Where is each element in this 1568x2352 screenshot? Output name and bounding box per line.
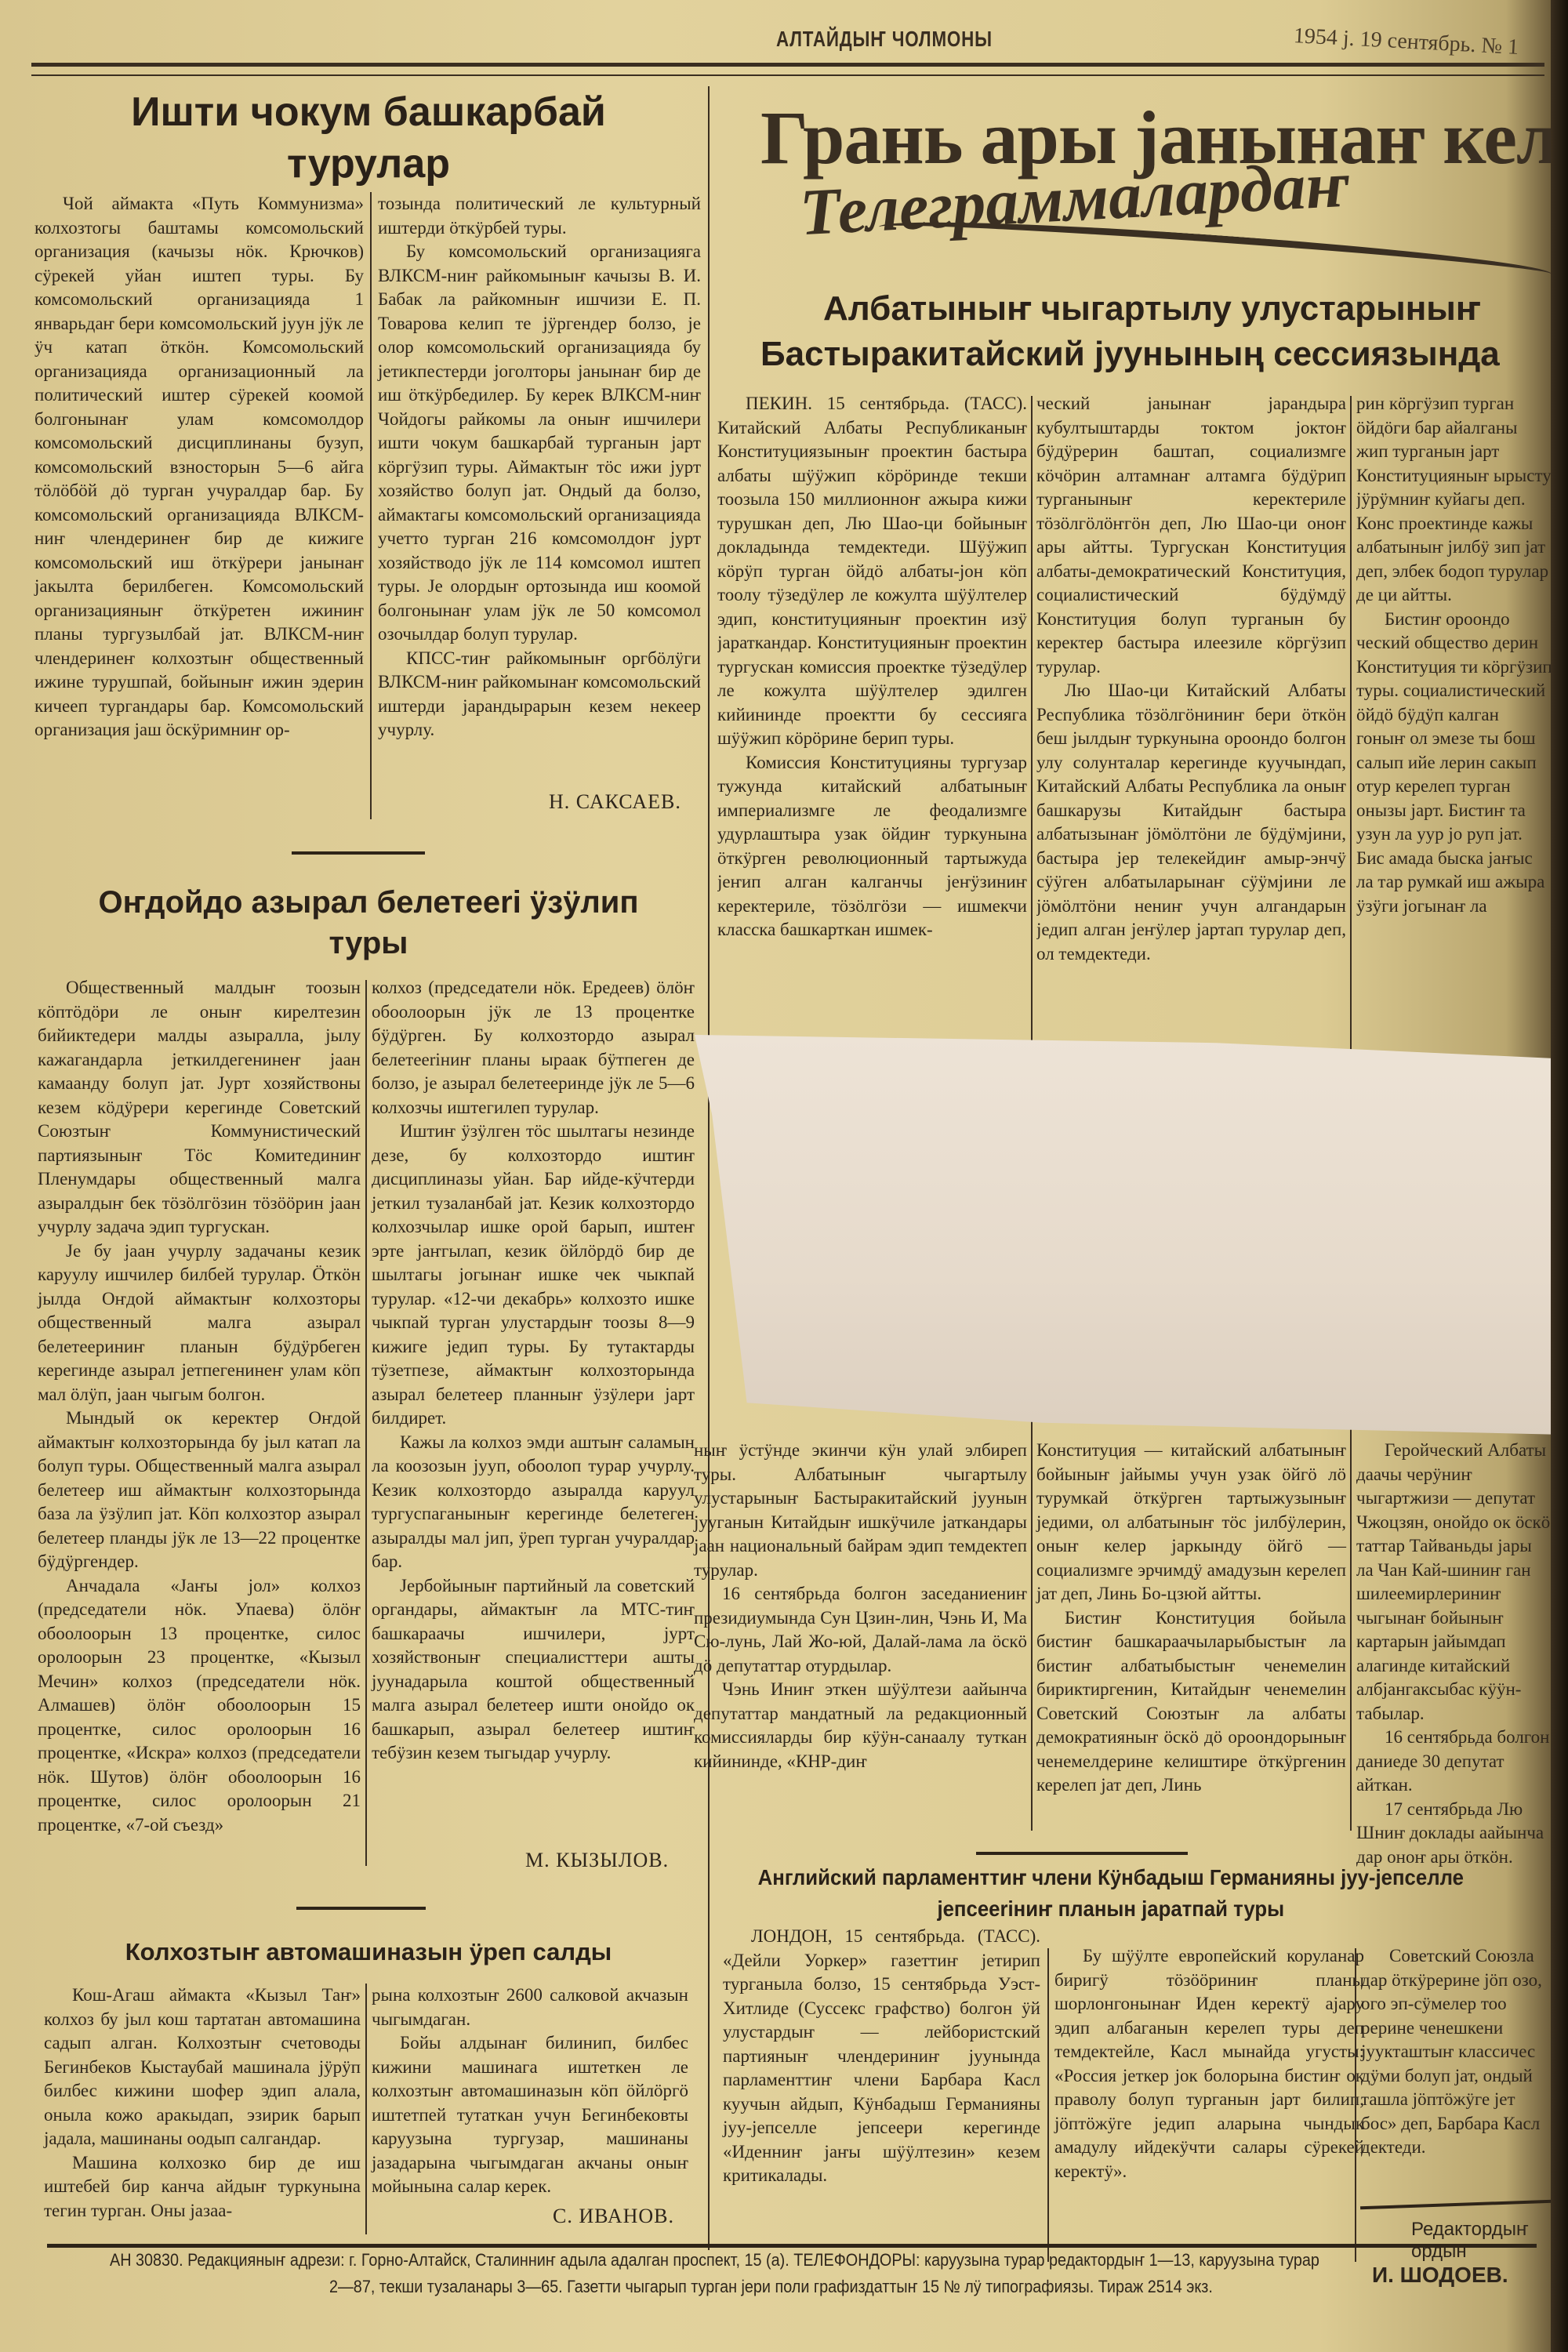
paragraph: Геройческий Албаты даачы черӱниҥ чыгартж… (1356, 1439, 1552, 1726)
masthead: АЛТАЙДЫҤ ЧОЛМОНЫ 1954 j. 19 сентябрь. № … (31, 16, 1544, 63)
article4-lower-column-2: Конституция — китайский албатыныҥ бойыны… (1036, 1439, 1346, 1798)
article5-divider-2 (1355, 1948, 1356, 2262)
paragraph: 16 сентябрьда болгон даниеде 30 депутат … (1356, 1726, 1552, 1798)
paragraph: Конституция — китайский албатыныҥ бойыны… (1036, 1439, 1346, 1606)
article1-column-1: Чой аймакта «Путь Коммунизма» колхозтогы… (34, 192, 364, 742)
newspaper-page: АЛТАЙДЫҤ ЧОЛМОНЫ 1954 j. 19 сентябрь. № … (0, 0, 1552, 2352)
article4-column-3: рин кӧргӱзип турган ӧйдӧги бар айалганы … (1356, 392, 1552, 1035)
article5-column-3: Советский Союзла дар ӧткӱрерине јӧп озо,… (1361, 1944, 1549, 2160)
separator-rule (296, 1907, 426, 1910)
paragraph: Бойы алдынаҥ билинип, билбес кижини маши… (372, 2031, 688, 2199)
article4-lower-column-3: Геройческий Албаты даачы черӱниҥ чыгартж… (1356, 1439, 1552, 1869)
paragraph: Кош-Агаш аймакта «Кызыл Таҥ» колхоз бу ј… (44, 1984, 361, 2151)
paragraph: ныҥ ӱстӱнде экинчи кӱн улай элбиреп туры… (694, 1439, 1027, 1582)
paragraph: ЛОНДОН, 15 сентябрьда. (ТАСС). «Дейли Уо… (723, 1925, 1040, 2188)
footer-rule (47, 2244, 1537, 2248)
article5-headline: Английский парламенттиҥ члени Кӱнбадыш Г… (721, 1862, 1501, 1925)
article4-lower-column-1: ныҥ ӱстӱнде экинчи кӱн улай элбиреп туры… (694, 1439, 1027, 1773)
article2-column-2: колхоз (председатели нӧк. Ередеев) ӧлӧҥ … (372, 976, 695, 1766)
article2-signature: М. КЫЗЫЛОВ. (525, 1849, 669, 1872)
article2-headline: Оҥдойдо азырал белетееri ӱзӱлип туры (31, 882, 706, 964)
article3-divider (365, 1984, 367, 2234)
covering-paper-patch (695, 1035, 1552, 1435)
paragraph: Јербойыныҥ партийный ла советский органд… (372, 1574, 695, 1766)
article4-headline: Албатыныҥ чыгартылу улустарыныҥ Бастырак… (721, 286, 1552, 377)
article4-column-2: ческий јанынаҥ јарандыра кубултыштарды т… (1036, 392, 1346, 1035)
paragraph: Машина колхозко бир де иш иштебей бир ка… (44, 2151, 361, 2223)
paragraph: Анчадала «Јаҥы јол» колхоз (председатели… (38, 1574, 361, 1838)
paragraph: ПЕКИН. 15 сентябрьда. (ТАСС). Китайский … (717, 392, 1027, 751)
article3-signature: С. ИВАНОВ. (553, 2205, 674, 2228)
paragraph: Бу комсомольский организацияга ВЛКСМ-ниҥ… (378, 240, 701, 647)
article3-column-2: рына колхозтыҥ 2600 салковой акчазын чыг… (372, 1984, 688, 2199)
article3-headline: Колхозтыҥ автомашиназын ӱреп салды (31, 1936, 706, 1968)
paragraph: Бу шӱӱлте европейский коруланар биригӱ т… (1054, 1944, 1364, 2183)
paragraph: Чой аймакта «Путь Коммунизма» колхозтогы… (34, 192, 364, 742)
article2-column-1: Общественный малдыҥ тоозын кӧптӧдӧри ле … (38, 976, 361, 1837)
paragraph: Мындый ок керектер Оҥдой аймактыҥ колхоз… (38, 1406, 361, 1574)
paragraph: КПСС-тиҥ райкомыныҥ оргбӧлӱги ВЛКСМ-ниҥ … (378, 647, 701, 742)
article3-column-1: Кош-Агаш аймакта «Кызыл Таҥ» колхоз бу ј… (44, 1984, 361, 2223)
paragraph: Общественный малдыҥ тоозын кӧптӧдӧри ле … (38, 976, 361, 1240)
newspaper-title: АЛТАЙДЫҤ ЧОЛМОНЫ (776, 27, 993, 52)
paragraph: Бистиҥ ороондо ческий общество дерин Кон… (1356, 608, 1552, 919)
paragraph: 17 сентябрьда Лю Шниҥ доклады аайынча да… (1356, 1798, 1552, 1870)
paragraph: Кажы ла колхоз эмди аштыҥ саламын ла коо… (372, 1431, 695, 1574)
article1-headline: Ишти чокум башкарбай турулар (31, 86, 706, 190)
article5-column-2: Бу шӱӱлте европейский коруланар биригӱ т… (1054, 1944, 1364, 2183)
paragraph: колхоз (председатели нӧк. Ередеев) ӧлӧҥ … (372, 976, 695, 1120)
paragraph: 16 сентябрьда болгон заседаниениҥ презид… (694, 1582, 1027, 1678)
article4-column-1: ПЕКИН. 15 сентябрьда. (ТАСС). Китайский … (717, 392, 1027, 1035)
article1-divider (370, 192, 372, 819)
article1-column-2: тозында политический ле культурный иштер… (378, 192, 701, 742)
paragraph: Советский Союзла дар ӧткӱрерине јӧп озо,… (1361, 1944, 1549, 2160)
paragraph: Иштиҥ ӱзӱлген тӧс шылтагы незинде дезе, … (372, 1120, 695, 1431)
issue-date: 1954 j. 19 сентябрь. № 1 (1293, 24, 1519, 60)
footer-line-2: 2—87, текши тузаланары 3—65. Газетти чыг… (329, 2277, 1430, 2297)
separator-rule (976, 1852, 1188, 1855)
paragraph: рин кӧргӱзип турган ӧйдӧги бар айалганы … (1356, 392, 1552, 608)
article1-signature: Н. САКСАЕВ. (549, 790, 681, 814)
paragraph: Бистиҥ Конституция бойыла бистиҥ башкара… (1036, 1606, 1346, 1798)
paragraph: ческий јанынаҥ јарандыра кубултыштарды т… (1036, 392, 1346, 679)
paragraph: Је бу јаан учурлу задачаны кезик каруулу… (38, 1240, 361, 1407)
masthead-rule (31, 63, 1544, 76)
article2-divider (365, 980, 367, 1866)
separator-rule (1360, 2200, 1552, 2210)
article5-column-1: ЛОНДОН, 15 сентябрьда. (ТАСС). «Дейли Уо… (723, 1925, 1040, 2188)
paragraph: Комиссия Конституцияны тургузар тужунда … (717, 751, 1027, 942)
article5-divider-1 (1047, 1948, 1049, 2262)
separator-rule (292, 851, 425, 855)
paragraph: Чэнь Иниҥ эткен шӱӱлтези аайынча депутат… (694, 1678, 1027, 1773)
paragraph: рына колхозтыҥ 2600 салковой акчазын чыг… (372, 1984, 688, 2031)
binding-edge (1551, 0, 1568, 2352)
footer-line-1: АН 30830. Редакцияныҥ адрези: г. Горно-А… (110, 2250, 1408, 2270)
paragraph: Лю Шао-ци Китайский Албаты Республика тӧ… (1036, 679, 1346, 966)
paragraph: тозында политический ле культурный иштер… (378, 192, 701, 240)
footer-imprint: АН 30830. Редакцияныҥ адрези: г. Горно-А… (110, 2250, 1552, 2297)
main-column-divider (708, 86, 710, 2250)
